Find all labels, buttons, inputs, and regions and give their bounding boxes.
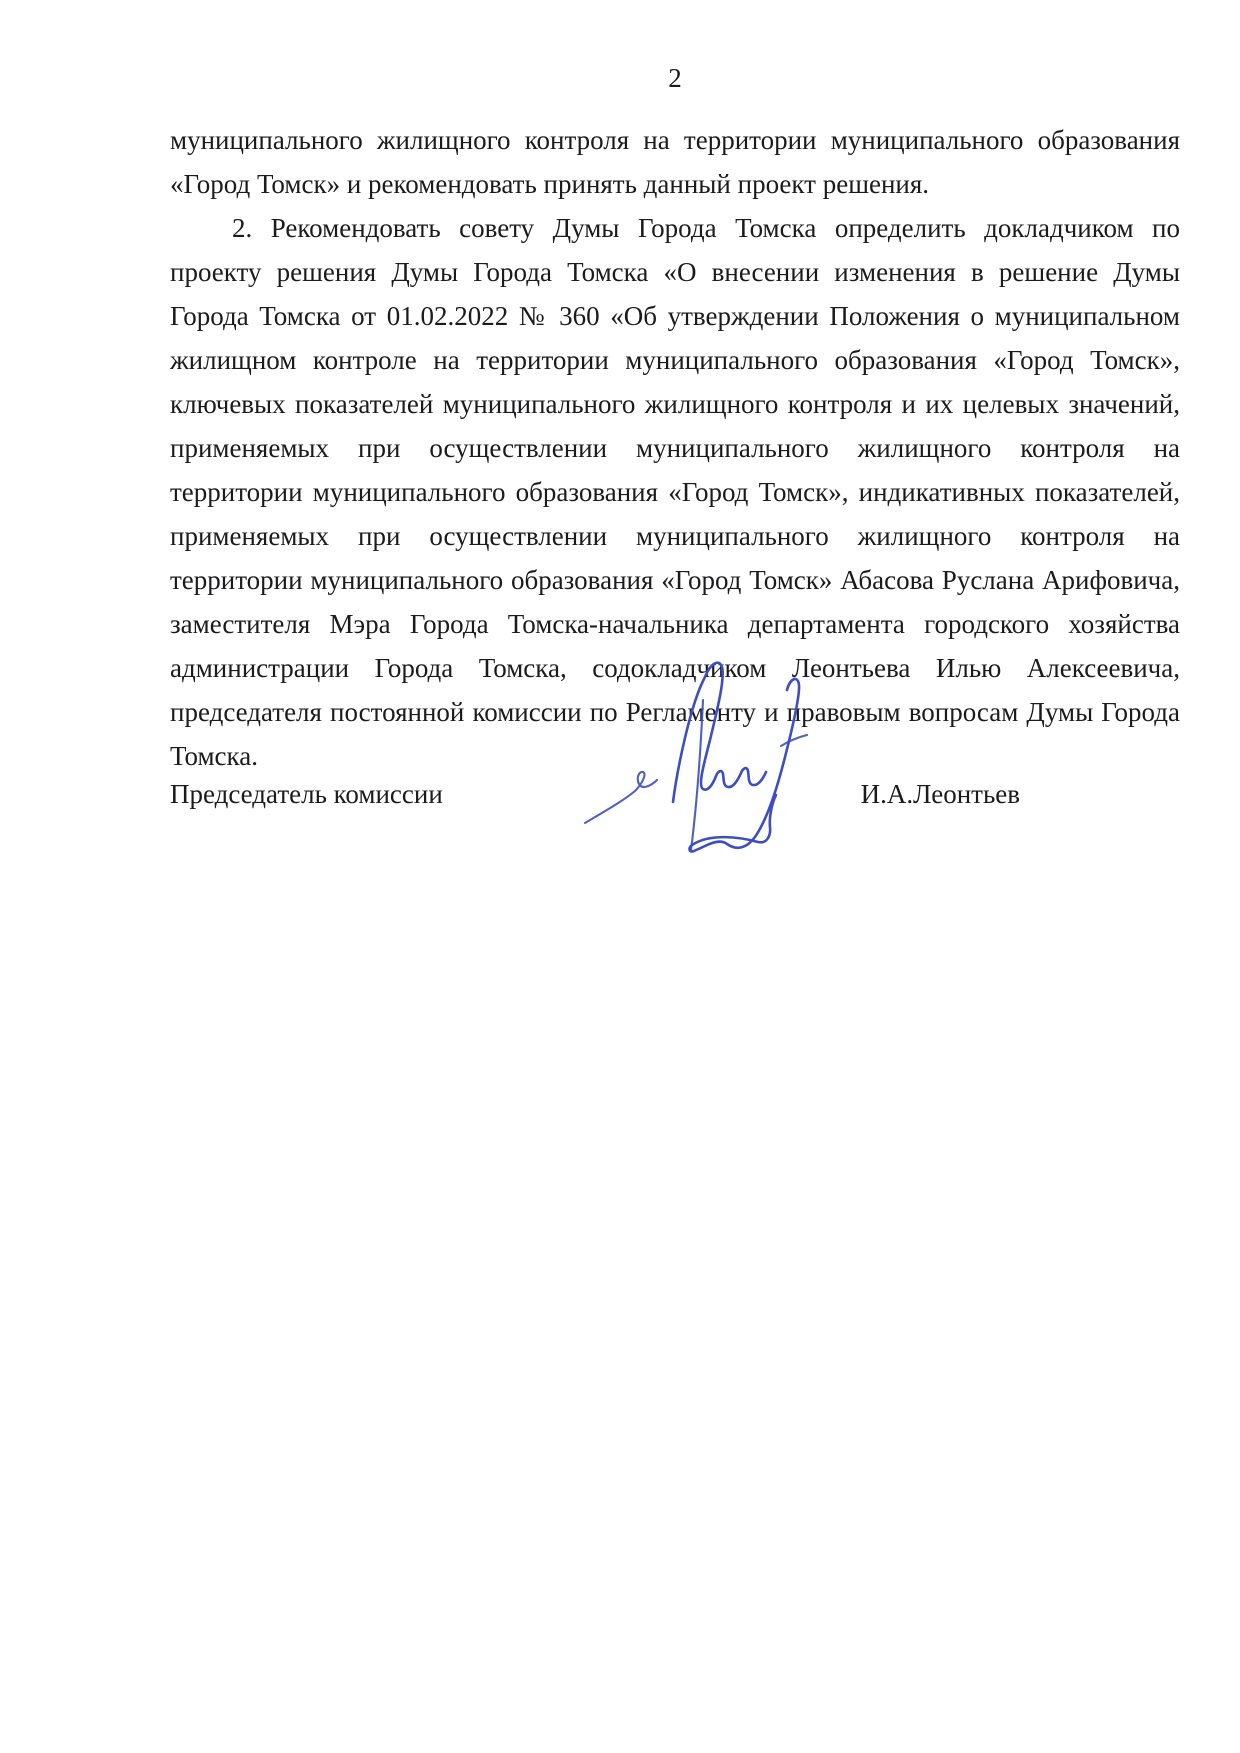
paragraph-item-2: 2. Рекомендовать совету Думы Города Томс… xyxy=(170,206,1180,778)
body-text: муниципального жилищного контроля на тер… xyxy=(170,118,1180,778)
signature-row: Председатель комиссии И.А.Леонтьев xyxy=(170,772,1180,816)
page-number: 2 xyxy=(170,56,1180,100)
signatory-title: Председатель комиссии xyxy=(170,772,443,816)
document-page: 2 муниципального жилищного контроля на т… xyxy=(0,0,1240,1753)
signatory-name: И.А.Леонтьев xyxy=(861,772,1020,816)
paragraph-continuation: муниципального жилищного контроля на тер… xyxy=(170,118,1180,206)
